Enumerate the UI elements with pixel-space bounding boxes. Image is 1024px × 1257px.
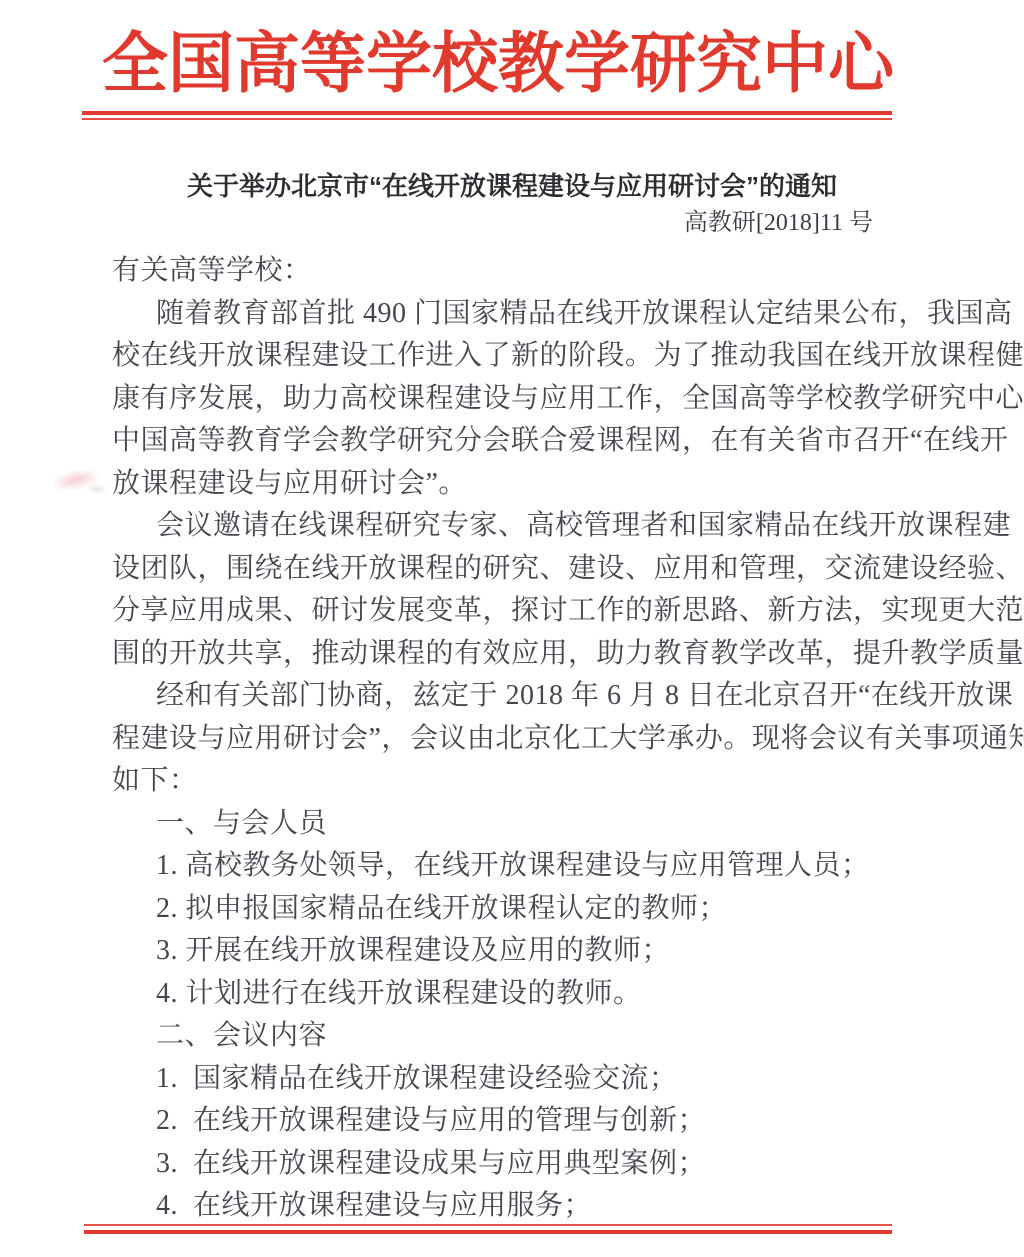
body-line: 放课程建设与应用研讨会”。 (112, 463, 912, 506)
body-line: 康有序发展，助力高校课程建设与应用工作，全国高等学校教学研究中心、 (112, 378, 912, 421)
body-line: 3. 开展在线开放课程建设及应用的教师； (112, 930, 912, 973)
body-line: 校在线开放课程建设工作进入了新的阶段。为了推动我国在线开放课程健 (112, 335, 912, 378)
body-line: 如下： (112, 760, 912, 803)
body-line: 1. 国家精品在线开放课程建设经验交流； (112, 1058, 912, 1101)
body-line: 程建设与应用研讨会”，会议由北京化工大学承办。现将会议有关事项通知 (112, 718, 912, 761)
body-line: 4. 在线开放课程建设与应用服务； (112, 1185, 912, 1228)
body-line: 随着教育部首批 490 门国家精品在线开放课程认定结果公布，我国高 (112, 293, 912, 336)
scanned-notice-page: 全国高等学校教学研究中心 关于举办北京市“在线开放课程建设与应用研讨会”的通知 … (0, 0, 1024, 1257)
scan-smudge-artifact (86, 484, 108, 494)
letterhead-org-name: 全国高等学校教学研究中心 (90, 22, 906, 108)
body-line: 会议邀请在线课程研究专家、高校管理者和国家精品在线开放课程建 (112, 505, 912, 548)
body-line: 围的开放共享，推动课程的有效应用，助力教育教学改革，提升教学质量。 (112, 633, 912, 676)
letterhead-double-rule (82, 111, 892, 120)
body-line: 经和有关部门协商，兹定于 2018 年 6 月 8 日在北京召开“在线开放课 (112, 675, 912, 718)
notice-title: 关于举办北京市“在线开放课程建设与应用研讨会”的通知 (22, 170, 1002, 202)
rule-thin-line (84, 1224, 892, 1226)
body-line: 2. 在线开放课程建设与应用的管理与创新； (112, 1100, 912, 1143)
footer-double-rule (84, 1224, 892, 1234)
body-line: 设团队，围绕在线开放课程的研究、建设、应用和管理，交流建设经验、 (112, 548, 912, 591)
body-line: 中国高等教育学会教学研究分会联合爱课程网，在有关省市召开“在线开 (112, 420, 912, 463)
doc-number: 高教研[2018]11 号 (684, 208, 873, 238)
body-line: 分享应用成果、研讨发展变革，探讨工作的新思路、新方法，实现更大范 (112, 590, 912, 633)
body-line: 1. 高校教务处领导，在线开放课程建设与应用管理人员； (112, 845, 912, 888)
body-line: 有关高等学校： (112, 250, 912, 293)
body-line: 3. 在线开放课程建设成果与应用典型案例； (112, 1143, 912, 1186)
body-line: 二、会议内容 (112, 1015, 912, 1058)
rule-thick-line (84, 1230, 892, 1234)
body-line: 2. 拟申报国家精品在线开放课程认定的教师； (112, 888, 912, 931)
rule-thin-line (82, 118, 892, 120)
body-lines: 有关高等学校：随着教育部首批 490 门国家精品在线开放课程认定结果公布，我国高… (112, 250, 912, 1228)
body-line: 一、与会人员 (112, 803, 912, 846)
body-line: 4. 计划进行在线开放课程建设的教师。 (112, 973, 912, 1016)
